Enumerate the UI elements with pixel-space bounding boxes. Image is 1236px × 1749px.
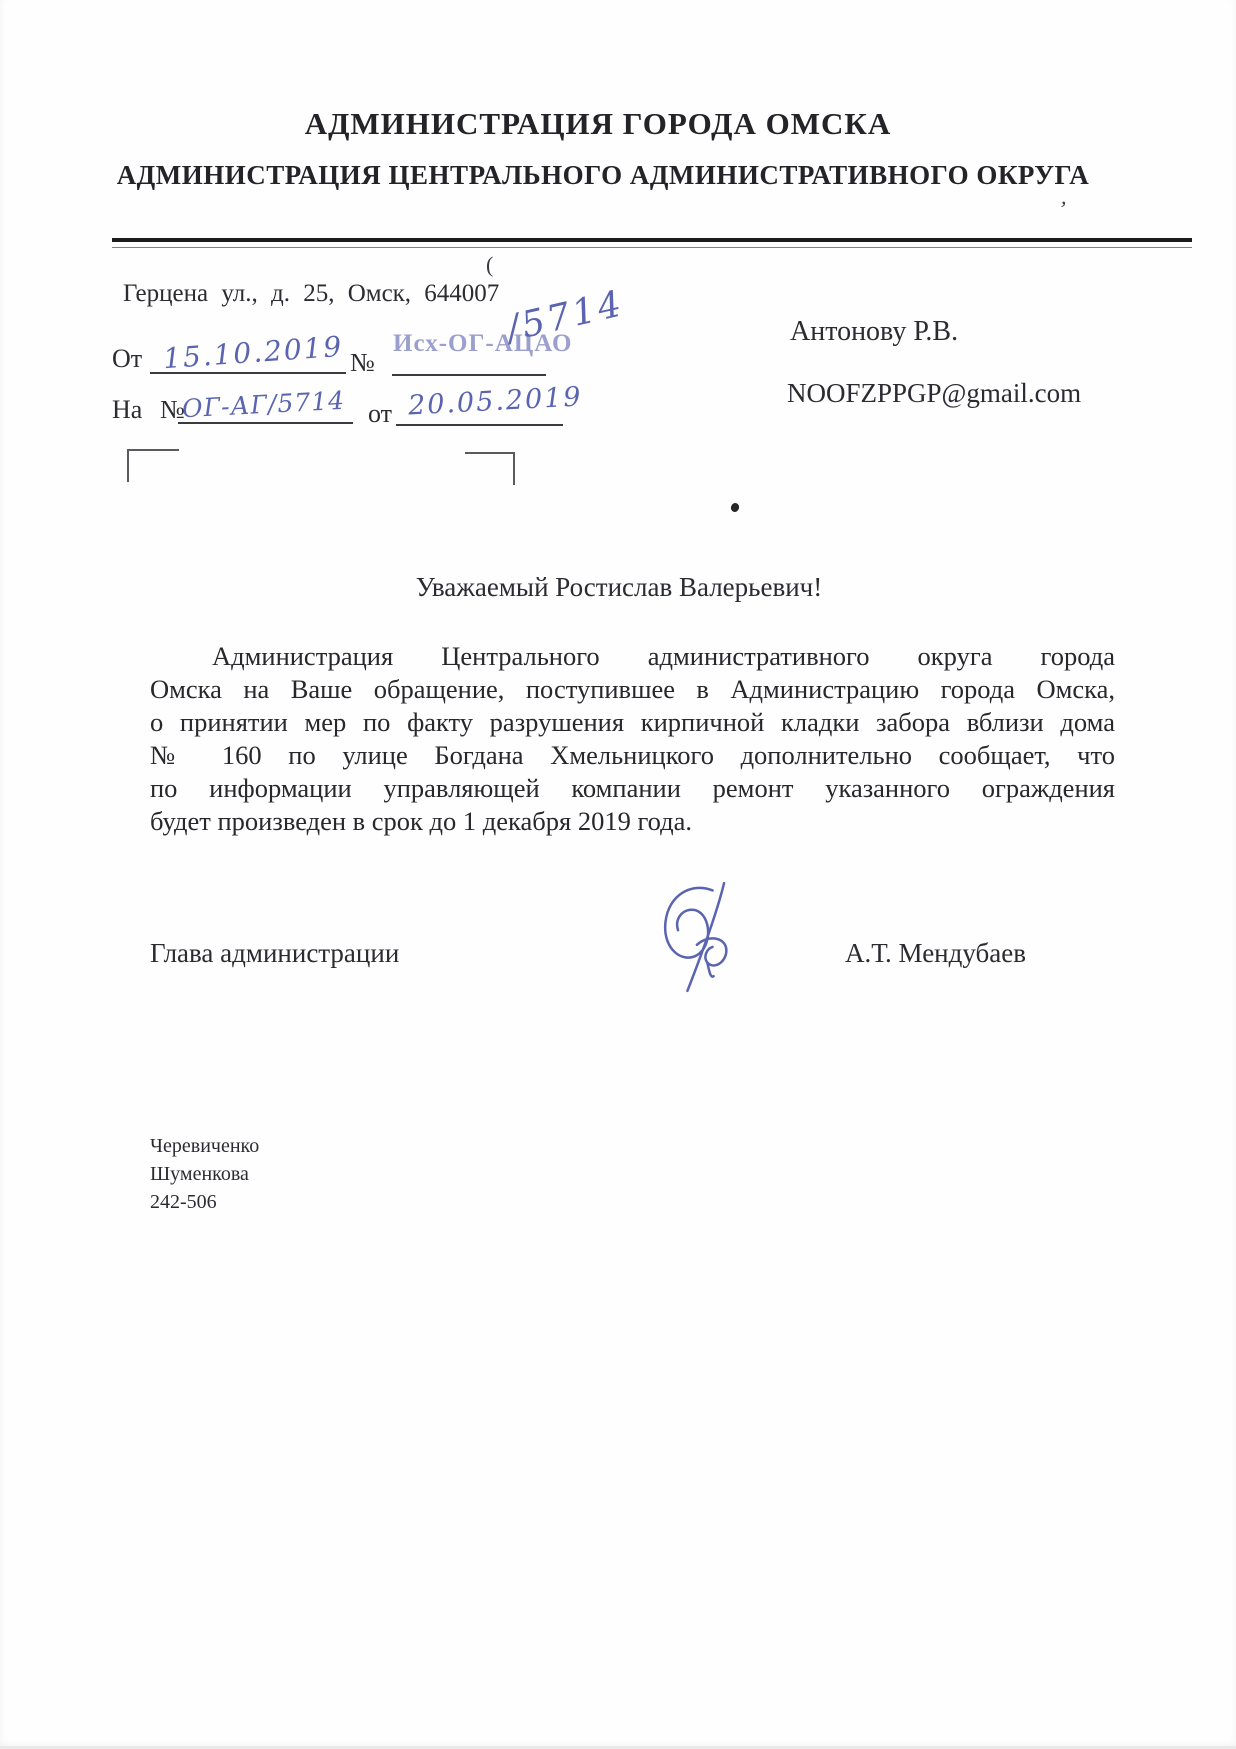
executor-block: Черевиченко Шуменкова 242-506 bbox=[150, 1132, 259, 1216]
address-zone-corner-left bbox=[127, 449, 179, 482]
letterhead-rule-thick bbox=[112, 238, 1192, 242]
outgoing-number-label: № bbox=[350, 348, 375, 378]
outgoing-number-underline bbox=[392, 374, 546, 376]
address-zone-corner-right bbox=[465, 452, 515, 485]
outgoing-date-label: От bbox=[112, 344, 142, 374]
recipient-name: Антонову Р.В. bbox=[790, 316, 958, 348]
scan-artifact-paren: ( bbox=[486, 252, 493, 278]
executor-name-2: Шуменкова bbox=[150, 1160, 259, 1188]
outgoing-date-handwritten: 15.10.2019 bbox=[162, 330, 344, 375]
recipient-email: NOOFZPPGP@gmail.com bbox=[787, 378, 1081, 409]
body-line: по информации управляющей компании ремон… bbox=[150, 772, 1115, 805]
letterhead-rule-thin bbox=[112, 247, 1192, 248]
handwritten-signature bbox=[645, 880, 755, 995]
scan-artifact-ink-dot bbox=[730, 502, 741, 513]
body-line: будет произведен в срок до 1 декабря 201… bbox=[150, 805, 1115, 838]
scanned-letter-page: АДМИНИСТРАЦИЯ ГОРОДА ОМСКА АДМИНИСТРАЦИЯ… bbox=[0, 0, 1236, 1749]
body-line: Омска на Ваше обращение, поступившее в А… bbox=[150, 673, 1115, 706]
body-line: Администрация Центрального административ… bbox=[150, 640, 1115, 673]
letter-body: Администрация Центрального административ… bbox=[150, 640, 1115, 838]
incoming-ref-label: На bbox=[112, 395, 142, 425]
salutation: Уважаемый Ростислав Валерьевич! bbox=[123, 572, 1115, 603]
executor-name-1: Черевиченко bbox=[150, 1132, 259, 1160]
body-line: № 160 по улице Богдана Хмельницкого допо… bbox=[150, 739, 1115, 772]
incoming-ref-number-handwritten: ОГ-АГ/5714 bbox=[181, 386, 345, 423]
letterhead-org-line2: АДМИНИСТРАЦИЯ ЦЕНТРАЛЬНОГО АДМИНИСТРАТИВ… bbox=[0, 160, 1206, 191]
incoming-ref-number-underline bbox=[178, 422, 353, 424]
incoming-ref-date-label: от bbox=[368, 399, 392, 429]
body-line: о принятии мер по факту разрушения кирпи… bbox=[150, 706, 1115, 739]
signer-name: А.Т. Мендубаев bbox=[845, 938, 1026, 969]
org-postal-address: Герцена ул., д. 25, Омск, 644007 bbox=[123, 280, 499, 308]
incoming-ref-date-underline bbox=[396, 424, 563, 426]
letterhead-org-line1: АДМИНИСТРАЦИЯ ГОРОДА ОМСКА bbox=[0, 106, 1196, 142]
incoming-ref-date-handwritten: 20.05.2019 bbox=[407, 381, 583, 421]
outgoing-date-underline bbox=[150, 372, 346, 374]
signer-position: Глава администрации bbox=[150, 938, 399, 969]
executor-phone: 242-506 bbox=[150, 1188, 259, 1216]
